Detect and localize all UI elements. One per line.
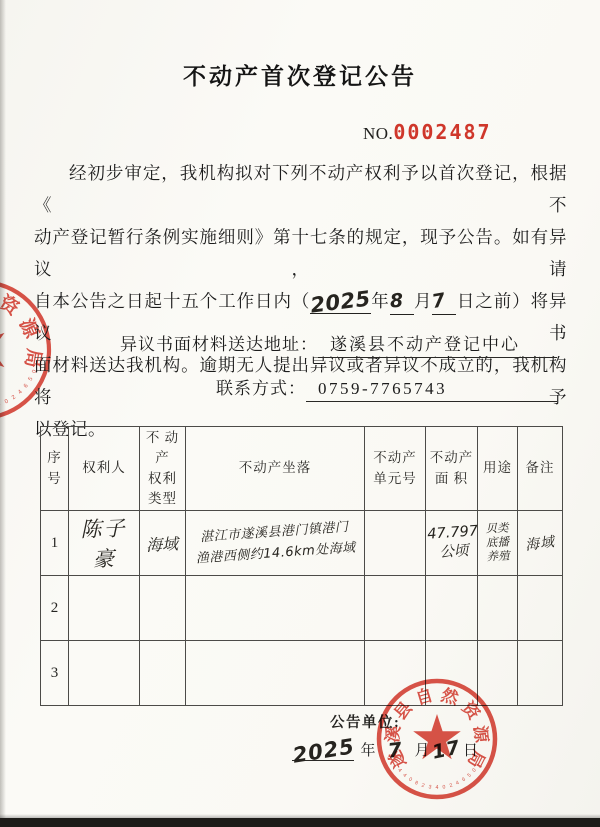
table-row-1: 1 陈子豪 海域 湛江市遂溪县港门镇港门 渔港西侧约14.6km处海域 47.7… — [41, 511, 563, 576]
announcing-unit-label: 公告单位: — [330, 711, 400, 732]
table-row-3: 3 — [41, 641, 563, 706]
handwritten-footer-month: 7 — [378, 736, 414, 763]
svg-text:2: 2 — [421, 783, 426, 790]
year-unit: 年 — [371, 291, 390, 311]
header-area: 不动产 面 积 — [426, 427, 478, 511]
footer-year-blank: 2025 — [292, 736, 354, 761]
svg-text:6: 6 — [461, 777, 467, 784]
cell-usage — [478, 576, 518, 641]
cell-location: 湛江市遂溪县港门镇港门 渔港西侧约14.6km处海域 — [186, 511, 365, 576]
svg-text:0: 0 — [407, 777, 413, 784]
handwritten-usage: 贝类 底播 养殖 — [485, 521, 509, 563]
svg-text:8: 8 — [414, 780, 419, 787]
cell-unit-no — [365, 576, 426, 641]
body-line-1: 经初步审定，我机构拟对下列不动产权利予以首次登记，根据《不 — [34, 157, 567, 221]
cell-location — [186, 576, 365, 641]
scan-left-edge — [0, 0, 6, 827]
contact-label: 联系方式： — [216, 374, 306, 399]
table-row-2: 2 — [41, 576, 563, 641]
cell-usage — [478, 641, 518, 706]
month-unit: 月 — [414, 291, 433, 311]
announcement-date-line: 2025年7月17日 — [292, 736, 481, 761]
handwritten-footer-year: 2025 — [291, 734, 356, 767]
header-usage: 用途 — [478, 427, 518, 511]
header-unit-no: 不动产 单元号 — [365, 427, 426, 511]
cell-seq: 2 — [41, 576, 69, 641]
cell-location — [186, 641, 365, 706]
svg-text:3: 3 — [428, 784, 432, 790]
footer-year-unit: 年 — [360, 739, 376, 760]
cell-right-type — [140, 641, 186, 706]
header-holder: 权利人 — [69, 427, 140, 511]
svg-text:4: 4 — [436, 785, 439, 791]
handwritten-area: 47.797 公顷 — [427, 522, 480, 563]
cell-usage: 贝类 底播 养殖 — [478, 511, 518, 576]
scan-bottom-edge — [0, 818, 600, 827]
header-seq: 序号 — [41, 427, 69, 511]
cell-area — [426, 641, 478, 706]
day-blank: 7 — [432, 290, 456, 315]
footer-month-unit: 月 — [414, 739, 430, 760]
header-remark: 备注 — [518, 427, 563, 511]
number-value: 0002487 — [393, 120, 491, 144]
cell-right-type: 海域 — [140, 511, 186, 576]
cell-area — [426, 576, 478, 641]
svg-text:4: 4 — [401, 772, 407, 778]
handwritten-location: 湛江市遂溪县港门镇港门 渔港西侧约14.6km处海域 — [194, 516, 357, 570]
cell-seq: 3 — [41, 641, 69, 706]
contact-line: 联系方式： 0759-7765743 — [216, 374, 557, 402]
body-text-segment: 自本公告之日起十五个工作日内（ — [34, 291, 310, 311]
cell-seq: 1 — [41, 511, 69, 576]
delivery-address-label: 异议书面材料送达地址： — [120, 330, 318, 355]
handwritten-right-type: 海域 — [146, 531, 179, 556]
handwritten-month: 8 — [389, 290, 404, 313]
delivery-address-value: 遂溪县不动产登记中心 — [318, 330, 557, 358]
body-line-2: 动产登记暂行条例实施细则》第十七条的规定，现予公告。如有异议，请 — [34, 221, 567, 285]
svg-text:4: 4 — [17, 389, 24, 396]
contact-value: 0759-7765743 — [306, 379, 557, 402]
handwritten-day: 7 — [431, 289, 448, 313]
delivery-address-line: 异议书面材料送达地址： 遂溪县不动产登记中心 — [120, 330, 557, 358]
year-blank: 2025 — [310, 289, 370, 314]
registration-table: 序号 权利人 不 动 产 权利类型 不动产坐落 不动产 单元号 不动产 面 积 … — [40, 426, 563, 706]
number-prefix: NO. — [363, 124, 393, 143]
svg-text:0: 0 — [471, 767, 478, 773]
footer-day-unit: 日 — [463, 739, 479, 760]
announcement-number: NO.0002487 — [363, 120, 492, 144]
cell-area: 47.797 公顷 — [426, 511, 478, 576]
handwritten-holder: 陈子豪 — [70, 512, 138, 574]
cell-unit-no — [365, 511, 426, 576]
svg-text:2: 2 — [449, 783, 454, 790]
cell-remark — [518, 641, 563, 706]
page-title: 不动产首次登记公告 — [0, 58, 600, 91]
cell-holder — [69, 576, 140, 641]
handwritten-year: 2025 — [309, 287, 372, 316]
cell-remark: 海域 — [518, 511, 563, 576]
handwritten-footer-day: 17 — [431, 736, 463, 763]
month-blank: 8 — [390, 290, 414, 315]
svg-text:4: 4 — [455, 780, 460, 787]
day-unit: 日之前） — [456, 291, 530, 311]
cell-remark — [518, 576, 563, 641]
cell-right-type — [140, 576, 186, 641]
cell-holder: 陈子豪 — [69, 511, 140, 576]
header-location: 不动产坐落 — [186, 427, 365, 511]
svg-text:6: 6 — [23, 383, 30, 389]
handwritten-remark: 海域 — [524, 531, 556, 555]
svg-text:4: 4 — [396, 767, 403, 773]
svg-text:0: 0 — [442, 784, 446, 790]
scanned-document-page: 遂溪县自然资源局4408234024650 不动产首次登记公告 NO.00024… — [0, 0, 600, 827]
cell-unit-no — [365, 641, 426, 706]
svg-text:2: 2 — [11, 394, 17, 401]
cell-holder — [69, 641, 140, 706]
header-right-type: 不 动 产 权利类型 — [140, 427, 186, 511]
svg-text:5: 5 — [467, 772, 473, 778]
table-header-row: 序号 权利人 不 动 产 权利类型 不动产坐落 不动产 单元号 不动产 面 积 … — [41, 427, 563, 511]
